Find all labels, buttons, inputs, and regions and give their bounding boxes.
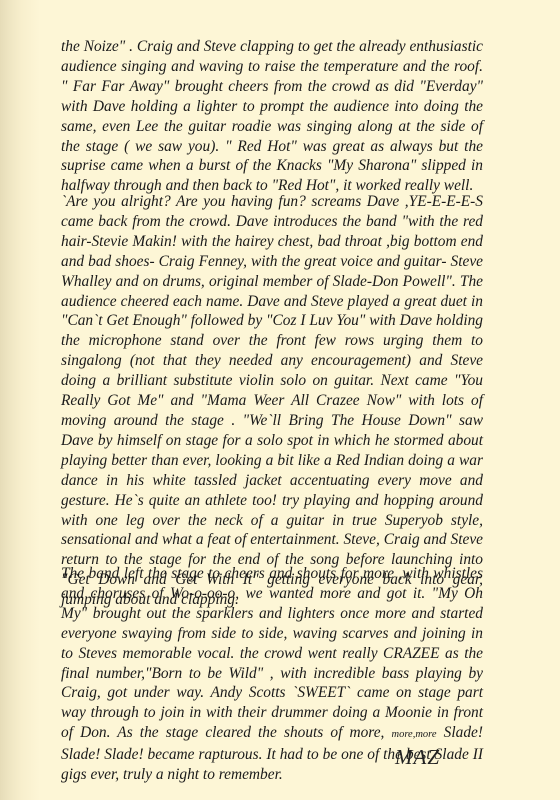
paragraph-setlist-part1: the Noize" . Craig and Steve clapping to… xyxy=(61,37,483,196)
encore-text-start: The band left the stage to cheers and sh… xyxy=(61,565,483,741)
author-signature: MAZ xyxy=(395,745,440,770)
paragraph-text: the Noize" . Craig and Steve clapping to… xyxy=(61,37,483,196)
encore-small-text: more,more xyxy=(392,729,437,740)
paragraph-band-intro: `Are you alright? Are you having fun? sc… xyxy=(61,192,483,610)
paragraph-text: `Are you alright? Are you having fun? sc… xyxy=(61,192,483,610)
